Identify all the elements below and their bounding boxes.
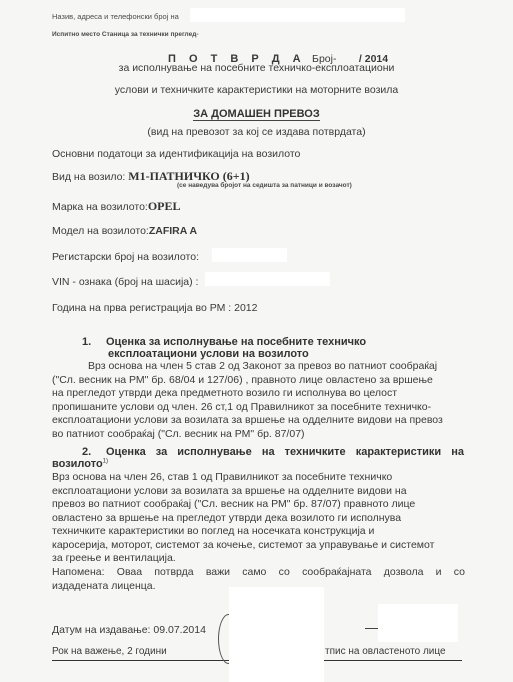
signature-mark [365,628,379,629]
transport-type: ЗА ДОМАШЕН ПРЕВОЗ [193,108,319,121]
section2-line: за греење и вентилација. [52,552,465,566]
vin-label: VIN - ознака (број на шасија) : [52,276,198,288]
issue-date: Датум на издавање: 09.07.2014 [52,624,206,636]
vehicle-type-hint: (се наведува бројот на седишта за патниц… [177,182,352,189]
vehicle-section-label: Основни податоци за идентификација на во… [52,148,300,160]
section2-number: 2. [82,446,91,458]
section1-line: во патниот сообраќај ("Сл. весник на РМ"… [52,428,465,442]
model-row: Модел на возилото:ZAFIRA A [52,225,197,237]
section1-line: пропишаните услови од член. 26 ст,1 од П… [52,401,465,415]
section2-line: техничките карактеристики во поглед на н… [52,525,465,539]
title-line-2: услови и техничките карактеристики на мо… [0,84,513,96]
section2-line: експлоатациони услови за возилата за врш… [52,485,465,499]
make-label: Марка на возилото: [52,201,148,213]
redacted-signature [378,604,458,642]
section1-body: Врз основа на член 5 став 2 од Законот з… [52,360,465,441]
vehicle-type-value: M1-ПАТНИЧКО (6+1) [128,169,249,183]
note-line-1: Напомена: Оваа потврда важи само со сооб… [52,566,465,580]
transport-type-wrap: ЗА ДОМАШЕН ПРЕВОЗ [0,104,513,122]
section1-heading-1: Оценка за исполнување на посебните техни… [106,336,366,348]
section1-line: Врз основа на член 5 став 2 од Законот з… [52,360,465,374]
validity-period: Рок на важење, 2 години [52,646,167,657]
redacted-org [190,8,405,22]
make-value: OPEL [148,199,181,213]
redacted-stamp [229,587,324,682]
first-registration-year: Година на прва регистрација во РМ : 2012 [52,302,257,314]
section2-line: превоз во патниот сообраќај ("Сл. весник… [52,498,465,512]
section1-number: 1. [82,336,91,348]
redacted-registration [212,248,287,262]
title-line-1: за исполнување на посебните техничко-екс… [0,62,513,74]
section2-body: Врз основа на член 26, став 1 од Правилн… [52,471,465,566]
org-header-line: Назив, адреса и телефонски број на [52,12,179,21]
redacted-vin [205,272,330,286]
registration-label: Регистарски број на возилото: [52,251,199,263]
transport-note: (вид на превозот за кој се издава потврд… [0,126,513,138]
section1-heading-2: експлоатациони услови на возилото [108,348,309,360]
signature-label: тпис на овластеното лице [325,646,446,657]
section2-line: Врз основа на член 26, став 1 од Правилн… [52,471,465,485]
make-row: Марка на возилото:OPEL [52,199,181,214]
section1-line: на прегледот утврди дека предметното воз… [52,387,465,401]
model-label: Модел на возилото: [52,225,149,237]
vehicle-type-label: Вид на возило: [52,171,125,183]
section2-line: каросерија, моторот, системот за кочење,… [52,539,465,553]
section1-line: експлоатациони услови за возилата за врш… [52,414,465,428]
section1-line: ("Сл. весник на РМ" бр. 68/04 и 127/06) … [52,374,465,388]
model-value: ZAFIRA A [149,225,197,237]
section2-heading-2: возилото [52,458,103,470]
section2-heading-1: Оценка за исполнување на техничките кара… [106,446,464,458]
footnote-mark: 1) [103,458,108,464]
section2-line: овластено за вршење на прегледот утврди … [52,512,465,526]
section2-heading-2-row: возилото1) [52,458,108,470]
station-line: Испитно место Станица за технички прегле… [52,31,198,38]
document-page: Назив, адреса и телефонски број на Испит… [0,0,513,682]
